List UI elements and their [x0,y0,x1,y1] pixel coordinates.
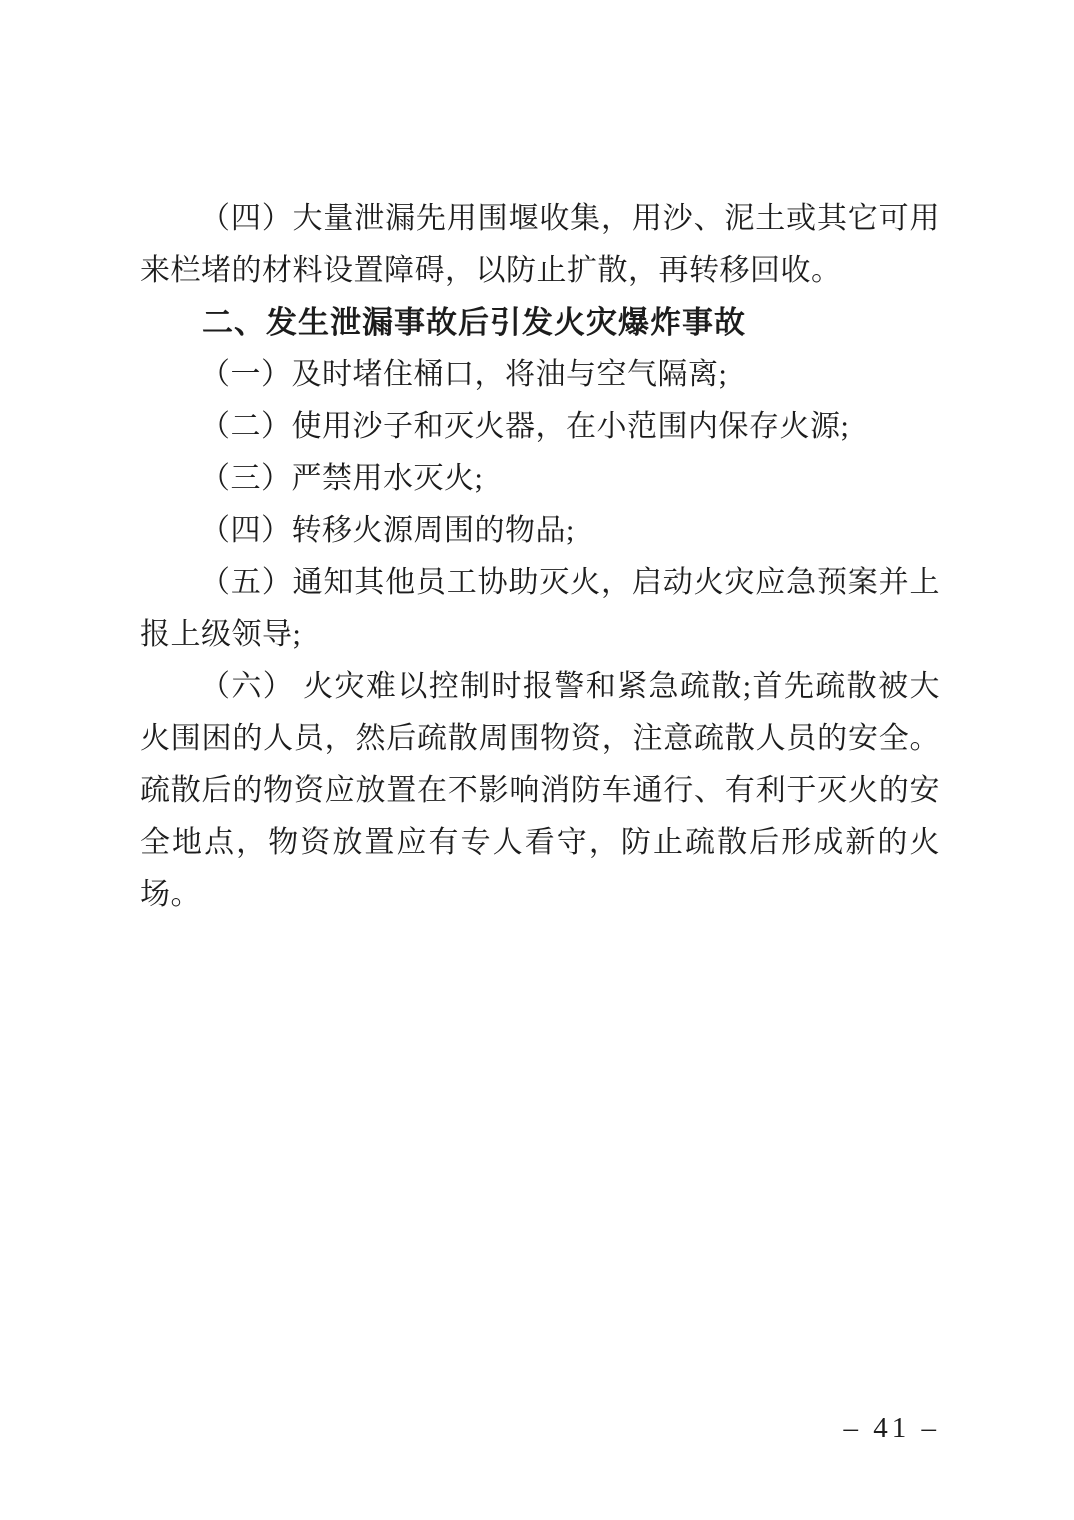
section-heading-fire-explosion: 二、发生泄漏事故后引发火灾爆炸事故 [140,297,940,349]
list-item-3: （三）严禁用水灭火; [140,453,940,505]
document-body: （四）大量泄漏先用围堰收集，用沙、泥土或其它可用来栏堵的材料设置障碍，以防止扩散… [140,193,940,921]
list-item-5: （五）通知其他员工协助灭火，启动火灾应急预案并上报上级领导; [140,557,940,661]
list-item-2: （二）使用沙子和灭火器，在小范围内保存火源; [140,401,940,453]
document-page: （四）大量泄漏先用围堰收集，用沙、泥土或其它可用来栏堵的材料设置障碍，以防止扩散… [0,0,1074,1520]
paragraph-leak-containment: （四）大量泄漏先用围堰收集，用沙、泥土或其它可用来栏堵的材料设置障碍，以防止扩散… [140,193,940,297]
list-item-1: （一）及时堵住桶口，将油与空气隔离; [140,349,940,401]
list-item-6: （六） 火灾难以控制时报警和紧急疏散;首先疏散被大火围困的人员，然后疏散周围物资… [140,661,940,921]
page-number: – 41 – [844,1412,941,1444]
list-item-4: （四）转移火源周围的物品; [140,505,940,557]
